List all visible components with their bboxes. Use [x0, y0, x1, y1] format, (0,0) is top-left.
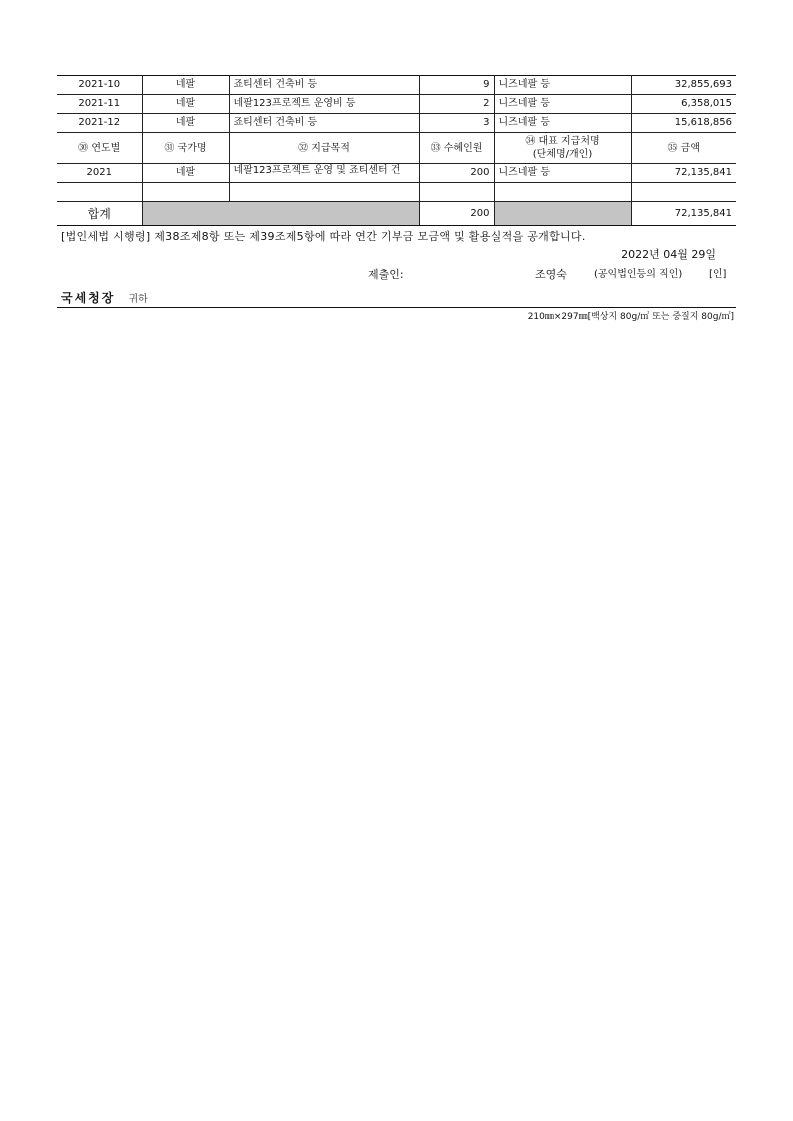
year-cell: 2021	[57, 164, 142, 183]
recipient-cell: 니즈네팔 등	[494, 95, 631, 114]
period-cell: 2021-11	[57, 95, 142, 114]
yearly-header-row: ㉚ 연도별 ㉛ 국가명 ㉜ 지급목적 ㉝ 수혜인원 ㉞ 대표 지급처명 (단체명…	[57, 133, 736, 164]
recipient-cell	[494, 183, 631, 202]
total-row: 합계 200 72,135,841	[57, 202, 736, 226]
country-cell: 네팔	[142, 76, 229, 95]
header-country: ㉛ 국가명	[142, 133, 229, 164]
submitter-label: 제출인:	[368, 265, 404, 285]
total-shaded-cell	[142, 202, 419, 226]
beneficiaries-cell: 2	[419, 95, 494, 114]
total-beneficiaries: 200	[419, 202, 494, 226]
addressee: 국세청장	[61, 291, 115, 305]
period-cell: 2021-12	[57, 114, 142, 133]
amount-cell: 72,135,841	[631, 164, 736, 183]
table-row: 2021-11 네팔 네팔123프로젝트 운영비 등 2 니즈네팔 등 6,35…	[57, 95, 736, 114]
addressee-line: 국세청장 귀하	[57, 287, 736, 308]
header-year: ㉚ 연도별	[57, 133, 142, 164]
submitter-name: 조영숙	[535, 265, 567, 285]
purpose-cell: 네팔123프로젝트 운영비 등	[229, 95, 419, 114]
table-row: 2021 네팔 네팔123프로젝트 운영 및 죠티센터 건 200 니즈네팔 등…	[57, 164, 736, 183]
donation-usage-table: 2021-10 네팔 죠티센터 건축비 등 9 니즈네팔 등 32,855,69…	[57, 75, 736, 226]
submitter-role: (공익법인등의 직인)	[594, 265, 682, 285]
table-row	[57, 183, 736, 202]
period-cell: 2021-10	[57, 76, 142, 95]
header-recipient: ㉞ 대표 지급처명 (단체명/개인)	[494, 133, 631, 164]
year-cell	[57, 183, 142, 202]
header-recipient-line2: (단체명/개인)	[499, 148, 627, 161]
recipient-cell: 니즈네팔 등	[494, 164, 631, 183]
amount-cell: 32,855,693	[631, 76, 736, 95]
recipient-cell: 니즈네팔 등	[494, 76, 631, 95]
beneficiaries-cell: 9	[419, 76, 494, 95]
country-cell: 네팔	[142, 95, 229, 114]
total-label: 합계	[57, 202, 142, 226]
beneficiaries-cell	[419, 183, 494, 202]
recipient-cell: 니즈네팔 등	[494, 114, 631, 133]
header-beneficiaries: ㉝ 수혜인원	[419, 133, 494, 164]
submitter-line: 제출인: 조영숙 (공익법인등의 직인) [인]	[57, 265, 736, 285]
beneficiaries-cell: 3	[419, 114, 494, 133]
total-shaded-cell	[494, 202, 631, 226]
paper-spec: 210㎜×297㎜[백상지 80g/㎡ 또는 중질지 80g/㎡]	[57, 309, 736, 325]
amount-cell: 6,358,015	[631, 95, 736, 114]
country-cell: 네팔	[142, 164, 229, 183]
honorific: 귀하	[128, 294, 147, 305]
country-cell: 네팔	[142, 114, 229, 133]
donation-report-page: 2021-10 네팔 죠티센터 건축비 등 9 니즈네팔 등 32,855,69…	[57, 75, 736, 325]
table-row: 2021-10 네팔 죠티센터 건축비 등 9 니즈네팔 등 32,855,69…	[57, 76, 736, 95]
table-row: 2021-12 네팔 죠티센터 건축비 등 3 니즈네팔 등 15,618,85…	[57, 114, 736, 133]
country-cell	[142, 183, 229, 202]
amount-cell: 15,618,856	[631, 114, 736, 133]
purpose-cell: 죠티센터 건축비 등	[229, 114, 419, 133]
purpose-cell: 죠티센터 건축비 등	[229, 76, 419, 95]
header-recipient-line1: ㉞ 대표 지급처명	[499, 135, 627, 148]
header-purpose: ㉜ 지급목적	[229, 133, 419, 164]
header-amount: ㉟ 금액	[631, 133, 736, 164]
total-amount: 72,135,841	[631, 202, 736, 226]
legal-notice: [법인세법 시행령] 제38조제8항 또는 제39조제5항에 따라 연간 기부금…	[57, 228, 736, 245]
purpose-cell	[229, 183, 419, 202]
beneficiaries-cell: 200	[419, 164, 494, 183]
submission-date: 2022년 04월 29일	[57, 245, 736, 265]
seal-mark: [인]	[709, 265, 726, 285]
purpose-cell: 네팔123프로젝트 운영 및 죠티센터 건	[229, 164, 419, 183]
amount-cell	[631, 183, 736, 202]
